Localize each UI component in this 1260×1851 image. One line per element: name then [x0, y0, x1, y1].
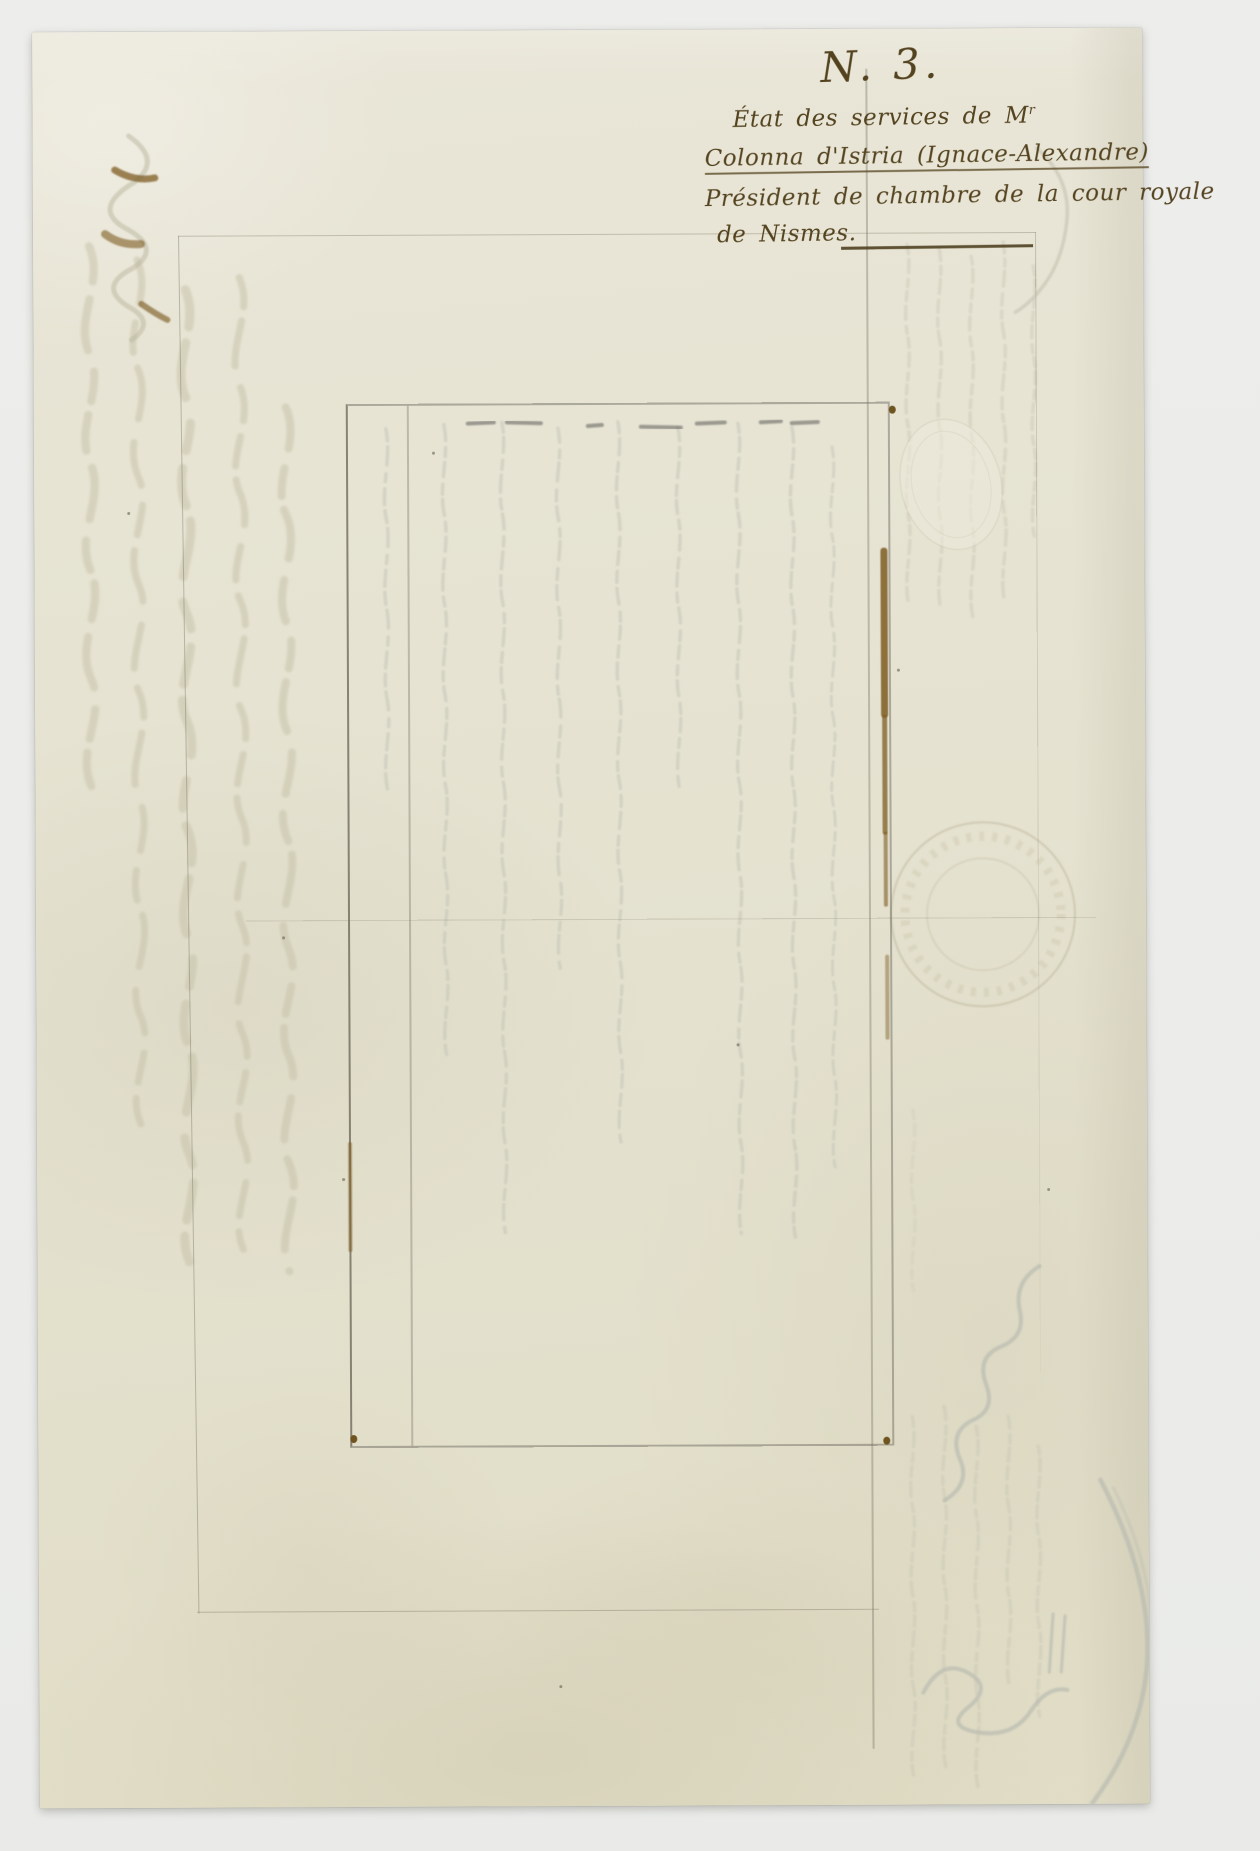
paper-sheet: N. 3. État des services de Mr Colonna d'… — [32, 28, 1150, 1809]
ink-stain-right-border — [884, 832, 888, 907]
ink-stain-right-border — [885, 955, 889, 1040]
ink-stain-right-border — [880, 548, 888, 718]
embossed-seal — [886, 408, 1015, 561]
heading-line-1-text: État des services de M — [732, 103, 1029, 133]
left-showthrough-text — [84, 245, 294, 1272]
paper-speck — [432, 452, 435, 455]
ink-stain-right-border — [882, 715, 888, 835]
document-number: N. 3. — [819, 38, 942, 92]
heading-line-1: État des services de Mr — [732, 102, 1035, 132]
signature-showthrough — [922, 1266, 1150, 1805]
paper-speck — [282, 936, 285, 939]
paper-speck — [127, 512, 130, 515]
paper-speck — [897, 669, 900, 672]
paper-speck — [1047, 1188, 1050, 1191]
ink-blot-corner — [883, 1437, 890, 1445]
table-column-divider — [407, 406, 414, 1446]
scan-background: N. 3. État des services de Mr Colonna d'… — [0, 0, 1260, 1851]
ink-stain-left-border — [348, 1142, 352, 1252]
ink-blot-corner — [889, 406, 896, 414]
heading-line-2: Colonna d'Istria (Ignace-Alexandre) — [705, 139, 1150, 172]
service-table-frame — [346, 402, 895, 1448]
heading-line-4: de Nismes. — [717, 220, 857, 248]
paper-speck — [737, 1043, 740, 1046]
top-left-paraph — [105, 136, 168, 340]
round-stamp — [891, 822, 1076, 1007]
heading-line-1-superscript: r — [1029, 103, 1036, 118]
top-right-flourish — [1015, 148, 1068, 312]
paper-speck — [559, 1685, 562, 1688]
ink-blot-corner — [350, 1435, 357, 1443]
paper-speck — [342, 1178, 345, 1181]
